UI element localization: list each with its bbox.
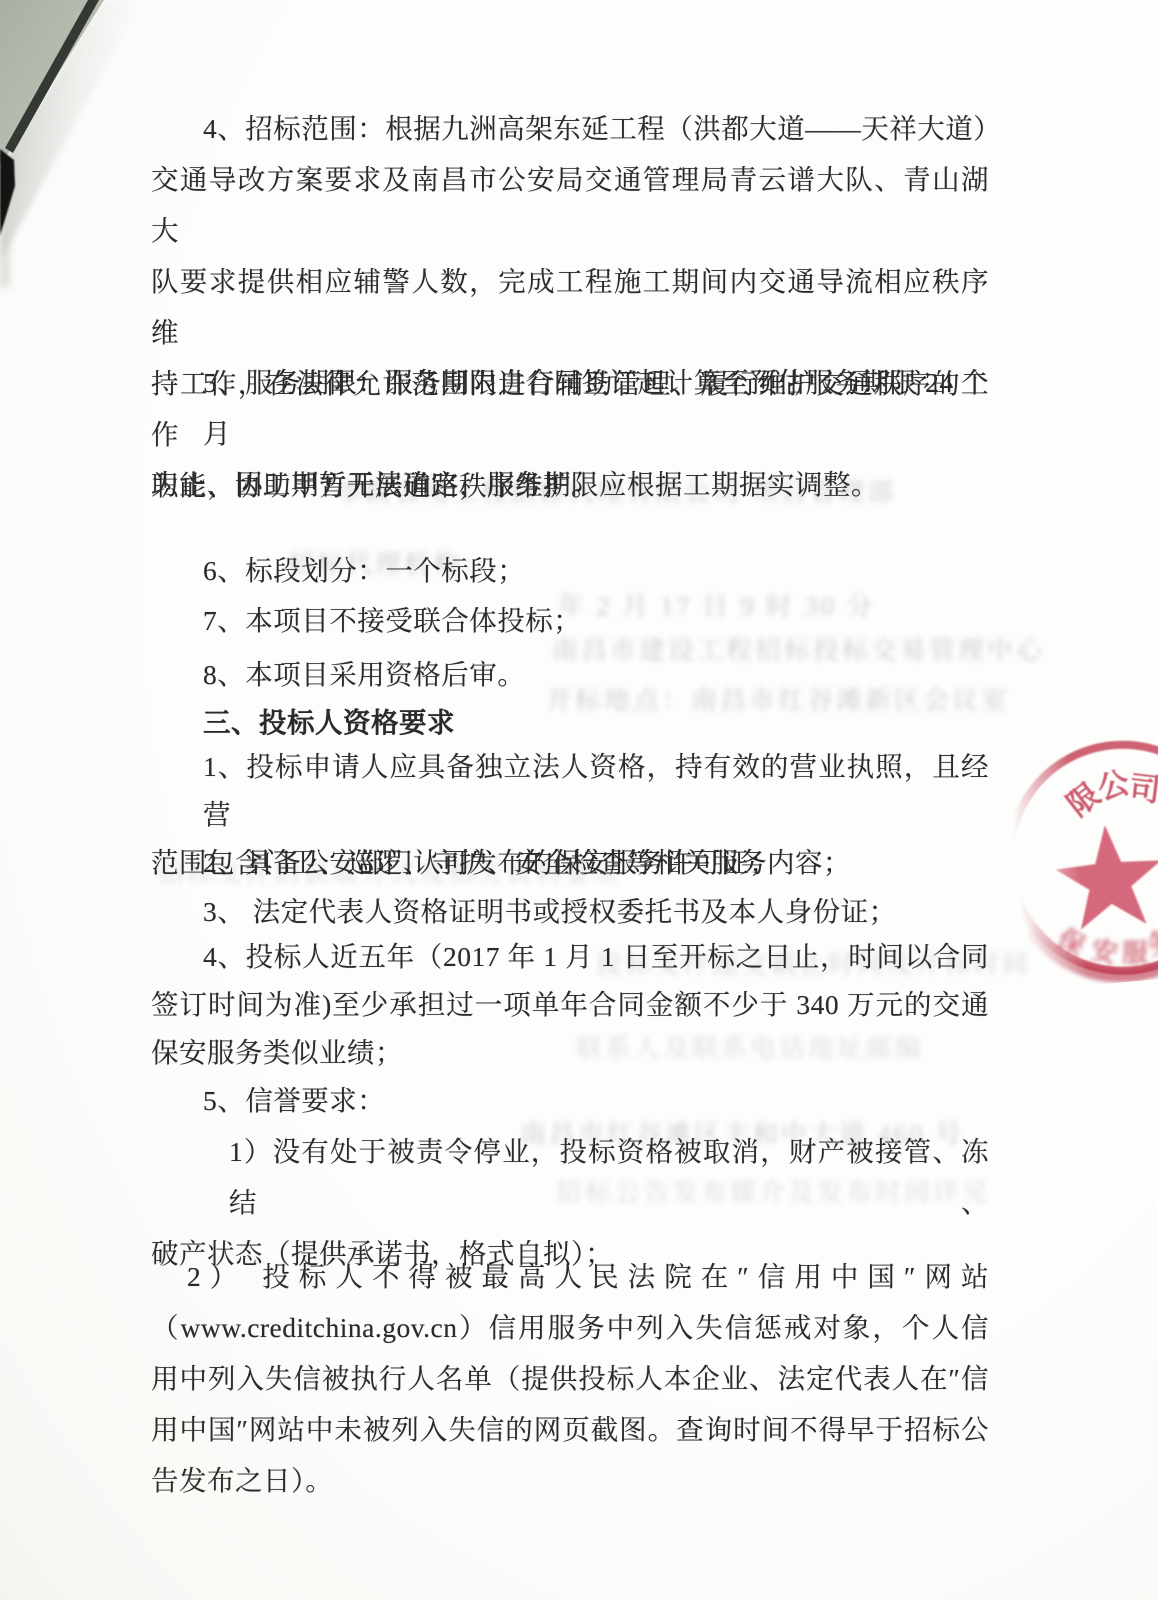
heading-text: 三、投标人资格要求 [151,697,989,748]
text-line: 队要求提供相应辅警人数，完成工程施工期间内交通导流相应秩序维 [151,256,989,358]
text-line: 2、具备公安部门认可发布的保安服务许可证； [151,837,989,888]
paragraph-req-security-license: 2、具备公安部门认可发布的保安服务许可证； [151,837,989,888]
seal-illegible-char: 服 [1122,933,1149,970]
paragraph-req-performance: 4、投标人近五年（2017 年 1 月 1 日至开标之日止，时间以合同 签订时间… [151,933,989,1077]
text-line: 2） 投标人不得被最高人民法院在″信用中国″网站 [151,1251,989,1302]
paragraph-reputation-item2: 2） 投标人不得被最高人民法院在″信用中国″网站 （www.creditchin… [151,1251,989,1506]
star-icon [1052,821,1158,932]
text-line: 告发布之日）。 [151,1455,989,1506]
text-line: 7、本项目不接受联合体投标； [151,595,989,646]
text-line: 1）没有处于被责令停业，投标资格被取消，财产被接管、冻结、 [151,1126,989,1228]
text-line: 5、服务期限：服务期限自合同签订起计算至预估服务期限 24 个月 [151,357,989,459]
text-line: 保安服务类似业绩； [151,1029,989,1077]
text-line: 用中列入失信被执行人名单（提供投标人本企业、法定代表人在″信 [151,1353,989,1404]
text-line: 4、招标范围：根据九洲高架东延工程（洪都大道——天祥大道） [151,103,989,154]
paragraph-req-reputation: 5、信誉要求： [151,1075,989,1126]
paragraph-lot-division: 6、标段划分：一个标段； [151,545,989,596]
paragraph-req-legal-rep-cert: 3、 法定代表人资格证明书或授权委托书及本人身份证； [151,886,989,937]
section-heading-bidder-qualification: 三、投标人资格要求 [151,697,989,748]
text-line: 1、投标申请人应具备独立法人资格，持有效的营业执照，且经营 [151,743,989,839]
paragraph-service-term: 5、服务期限：服务期限自合同签订起计算至预估服务期限 24 个月 为止，因工期暂… [151,357,989,510]
scan-corner-artifact [0,0,170,320]
seal-arc-char: 司 [1127,762,1158,810]
text-line: 4、投标人近五年（2017 年 1 月 1 日至开标之日止，时间以合同 [151,933,989,981]
red-company-seal: 限 公 司 保 安 服 务 [979,717,1158,1004]
text-line: 5、信誉要求： [151,1075,989,1126]
text-line: 签订时间为准)至少承担过一项单年合同金额不少于 340 万元的交通 [151,981,989,1029]
text-line: 3、 法定代表人资格证明书或授权委托书及本人身份证； [151,886,989,937]
text-line: 为止，因工期暂无法确定，服务期限应根据工期据实调整。 [151,459,989,510]
paragraph-no-consortium: 7、本项目不接受联合体投标； [151,595,989,646]
text-line: 用中国″网站中未被列入失信的网页截图。查询时间不得早于招标公 [151,1404,989,1455]
text-line: 6、标段划分：一个标段； [151,545,989,596]
text-line: 交通导改方案要求及南昌市公安局交通管理局青云谱大队、青山湖大 [151,154,989,256]
text-line: 8、本项目采用资格后审。 [151,649,989,700]
paragraph-post-qualification: 8、本项目采用资格后审。 [151,649,989,700]
text-line: （www.creditchina.gov.cn）信用服务中列入失信惩戒对象，个人… [151,1302,989,1353]
scanned-document-page: 市政公用工程招标代理有限公司 项目管理部 招标代理机构： 年 2 月 17 日 … [0,0,1158,1600]
